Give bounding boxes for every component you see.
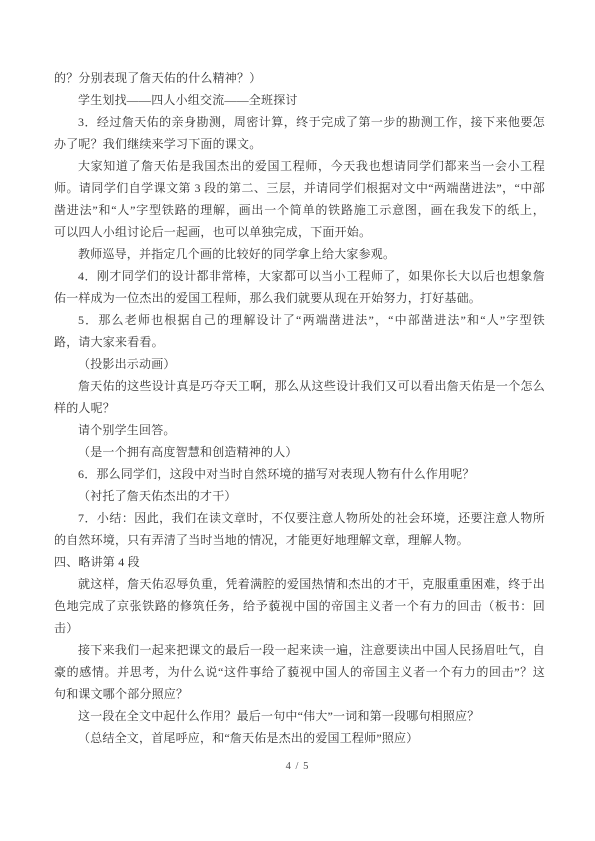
page-number: 4 / 5 (0, 761, 595, 772)
document-line: 佑一样成为一位杰出的爱国工程师，那么我们就要从现在开始努力，打好基础。 (54, 287, 545, 309)
document-line: 凿进法”和“人”字型铁路的理解，画出一个简单的铁路施工示意图，画在我发下的纸上， (54, 199, 545, 221)
document-line: 师。请同学们自学课文第 3 段的第二、三层，并请同学们根据对文中“两端凿进法”，… (54, 177, 545, 199)
document-body: 的？分别表现了詹天佑的什么精神？）学生划找——四人小组交流——全班探讨3．经过詹… (54, 67, 545, 749)
document-lines: 的？分别表现了詹天佑的什么精神？）学生划找——四人小组交流——全班探讨3．经过詹… (54, 67, 545, 749)
document-line: 办了呢？我们继续来学习下面的课文。 (54, 133, 545, 155)
document-line: 教师巡导，并指定几个画的比较好的同学拿上给大家参观。 (54, 243, 545, 265)
document-line: （总结全文，首尾呼应，和“詹天佑是杰出的爱国工程师”照应） (54, 727, 545, 749)
document-line: 就这样，詹天佑忍辱负重，凭着满腔的爱国热情和杰出的才干，克服重重困难，终于出 (54, 573, 545, 595)
document-line: （投影出示动画） (54, 353, 545, 375)
document-line: 样的人呢？ (54, 397, 545, 419)
document-line: （衬托了詹天佑杰出的才干） (54, 485, 545, 507)
document-line: 可以四人小组讨论后一起画，也可以单独完成，下面开始。 (54, 221, 545, 243)
document-line: 接下来我们一起来把课文的最后一段一起来读一遍，注意要读出中国人民扬眉吐气，自 (54, 639, 545, 661)
document-line: 的？分别表现了詹天佑的什么精神？） (54, 67, 545, 89)
document-line: （是一个拥有高度智慧和创造精神的人） (54, 441, 545, 463)
document-line: 詹天佑的这些设计真是巧夺天工啊，那么从这些设计我们又可以看出詹天佑是一个怎么 (54, 375, 545, 397)
document-line: 6．那么同学们，这段中对当时自然环境的描写对表现人物有什么作用呢？ (54, 463, 545, 485)
document-line: 的自然环境，只有弄清了当时当地的情况，才能更好地理解文章，理解人物。 (54, 529, 545, 551)
document-page: 的？分别表现了詹天佑的什么精神？）学生划找——四人小组交流——全班探讨3．经过詹… (0, 0, 595, 841)
document-line: 3．经过詹天佑的亲身勘测，周密计算，终于完成了第一步的勘测工作，接下来他要怎么 (54, 111, 545, 133)
document-line: 路，请大家来看看。 (54, 331, 545, 353)
document-line: 击） (54, 617, 545, 639)
document-line: 四、略讲第 4 段 (54, 551, 545, 573)
document-line: 5．那么老师也根据自己的理解设计了“两端凿进法”，“中部凿进法”和“人”字型铁 (54, 309, 545, 331)
document-line: 句和课文哪个部分照应？ (54, 683, 545, 705)
document-line: 这一段在全文中起什么作用？最后一句中“伟大”一词和第一段哪句相照应？ (54, 705, 545, 727)
document-line: 色地完成了京张铁路的修筑任务，给予藐视中国的帝国主义者一个有力的回击（板书：回 (54, 595, 545, 617)
document-line: 大家知道了詹天佑是我国杰出的爱国工程师，今天我也想请同学们都来当一会小工程 (54, 155, 545, 177)
document-line: 请个别学生回答。 (54, 419, 545, 441)
document-line: 7．小结：因此，我们在读文章时，不仅要注意人物所处的社会环境，还要注意人物所处 (54, 507, 545, 529)
document-line: 豪的感情。并思考，为什么说“这件事给了藐视中国人的帝国主义者一个有力的回击”？这 (54, 661, 545, 683)
document-line: 学生划找——四人小组交流——全班探讨 (54, 89, 545, 111)
document-line: 4．刚才同学们的设计都非常棒，大家都可以当小工程师了，如果你长大以后也想象詹天 (54, 265, 545, 287)
